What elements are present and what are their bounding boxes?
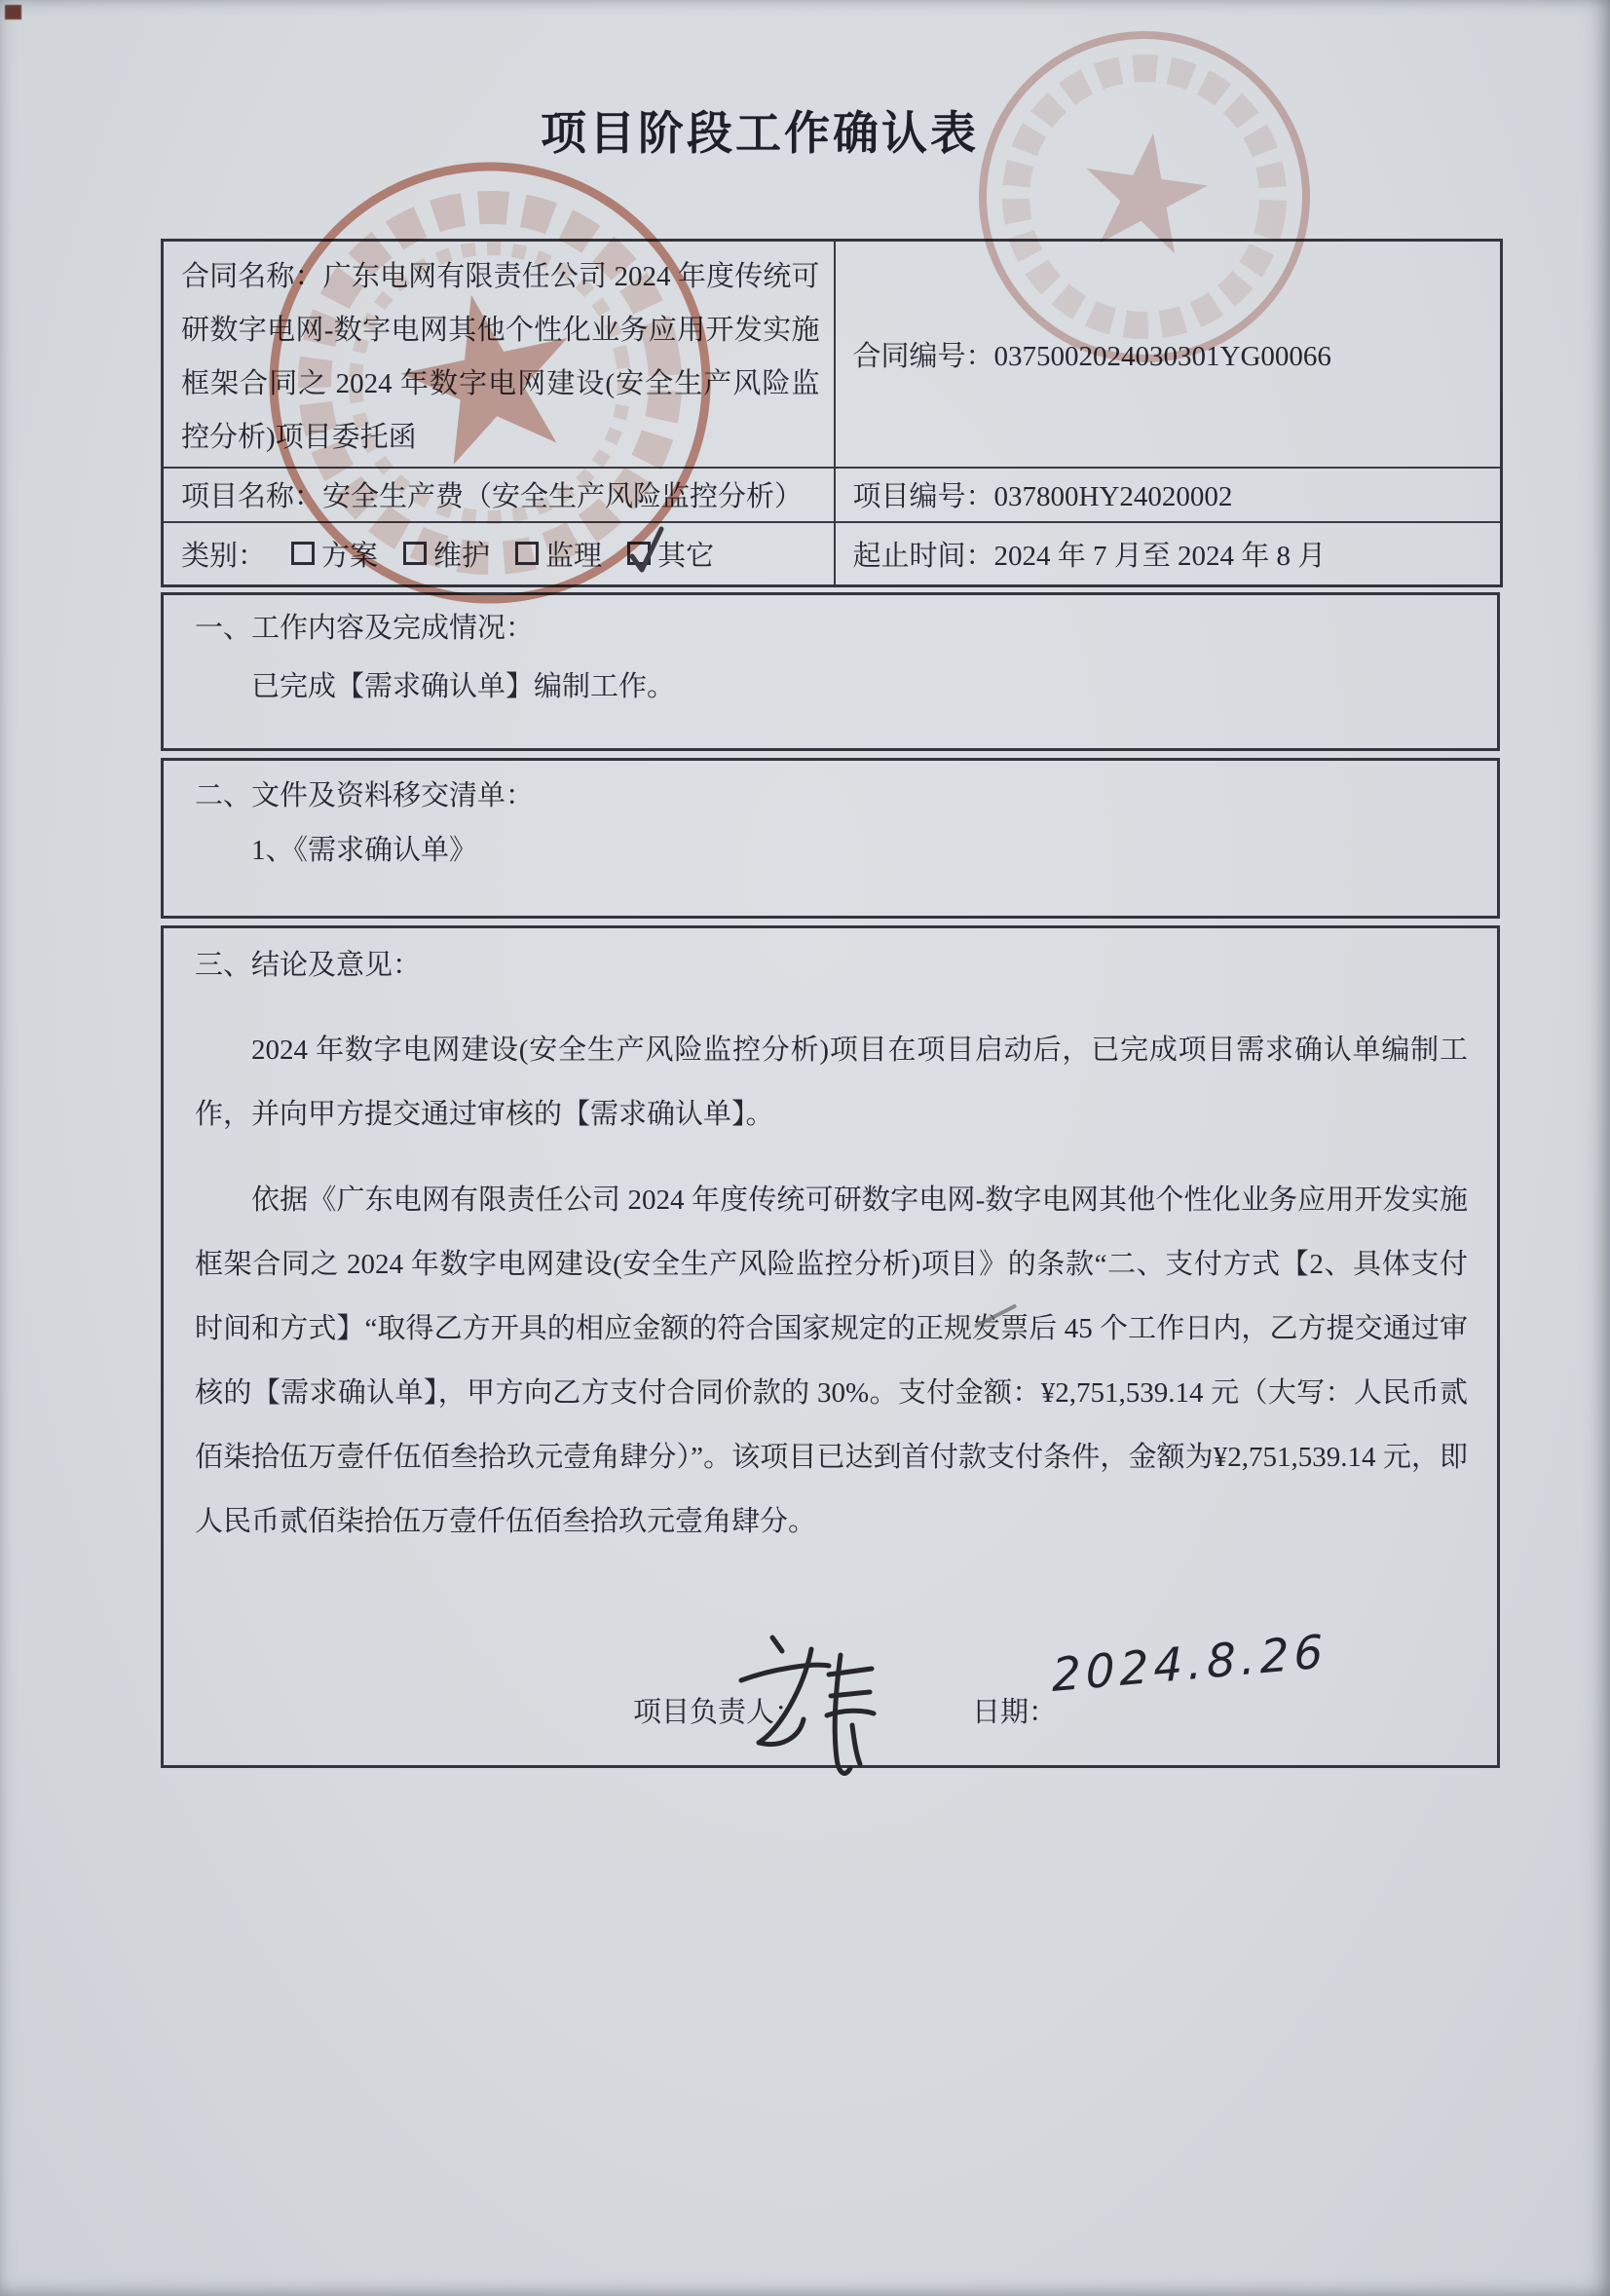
checkbox-checked-icon [627,542,651,565]
scanned-document-page: 项目阶段工作确认表 合同名称：广东电网有限责任公司 2024 年度传统可研数字电… [0,0,1610,2296]
category-option-plan: 方案 [291,534,378,574]
date-label: 日期： [972,1690,1057,1730]
section-body: 已完成【需求确认单】编制工作。 [195,667,1468,706]
conclusion-paragraph-1: 2024 年数字电网建设(安全生产风险监控分析)项目在项目启动后，已完成项目需求… [195,1018,1468,1147]
checkbox-unchecked-icon [291,542,315,565]
contract-name-text: 合同名称：广东电网有限责任公司 2024 年度传统可研数字电网-数字电网其他个性… [181,243,820,465]
category-label: 类别： [181,534,266,574]
section-heading: 二、文件及资料移交清单： [195,761,1468,815]
section-handover-list: 二、文件及资料移交清单： 1、《需求确认单》 [161,758,1500,919]
handwritten-signature [733,1632,918,1788]
category-option-label: 维护 [433,534,490,574]
table-row: 类别： 方案 维护 监理 [163,522,1502,586]
project-no-text: 项目编号：037800HY24020002 [853,474,1487,514]
checkbox-unchecked-icon [515,542,539,565]
page-title: 项目阶段工作确认表 [161,97,1500,163]
period-text: 起止时间：2024 年 7 月至 2024 年 8 月 [853,534,1487,574]
table-row: 项目名称：安全生产费（安全生产风险监控分析） 项目编号：037800HY2402… [163,468,1502,522]
period-cell: 起止时间：2024 年 7 月至 2024 年 8 月 [835,522,1502,586]
project-name-cell: 项目名称：安全生产费（安全生产风险监控分析） [163,468,835,522]
section-work-content: 一、工作内容及完成情况： 已完成【需求确认单】编制工作。 [161,592,1500,751]
category-option-label: 监理 [545,534,602,574]
category-option-label: 方案 [321,534,378,574]
header-table: 合同名称：广东电网有限责任公司 2024 年度传统可研数字电网-数字电网其他个性… [161,239,1503,587]
contract-no-cell: 合同编号：0375002024030301YG00066 [835,241,1502,468]
contract-name-cell: 合同名称：广东电网有限责任公司 2024 年度传统可研数字电网-数字电网其他个性… [163,241,835,468]
list-item: 1、《需求确认单》 [195,831,1468,870]
project-no-cell: 项目编号：037800HY24020002 [835,468,1502,522]
conclusion-paragraph-2: 依据《广东电网有限责任公司 2024 年度传统可研数字电网-数字电网其他个性化业… [195,1168,1468,1554]
section-conclusion: 三、结论及意见： 2024 年数字电网建设(安全生产风险监控分析)项目在项目启动… [161,925,1500,1768]
category-cell: 类别： 方案 维护 监理 [163,522,835,586]
scan-corner-artifact [5,5,21,19]
handwritten-date: 2024.8.26 [1052,1625,1329,1703]
handwritten-checkmark-icon [624,523,667,576]
section-heading: 一、工作内容及完成情况： [195,595,1468,648]
category-options: 类别： 方案 维护 监理 [181,534,820,574]
category-option-other: 其它 [627,534,714,574]
category-option-supervision: 监理 [515,534,602,574]
checkbox-unchecked-icon [403,542,427,565]
table-row: 合同名称：广东电网有限责任公司 2024 年度传统可研数字电网-数字电网其他个性… [163,241,1502,468]
section-heading: 三、结论及意见： [195,928,1468,985]
project-name-text: 项目名称：安全生产费（安全生产风险监控分析） [181,474,820,514]
category-option-maintenance: 维护 [403,534,490,574]
contract-no-text: 合同编号：0375002024030301YG00066 [853,334,1487,374]
